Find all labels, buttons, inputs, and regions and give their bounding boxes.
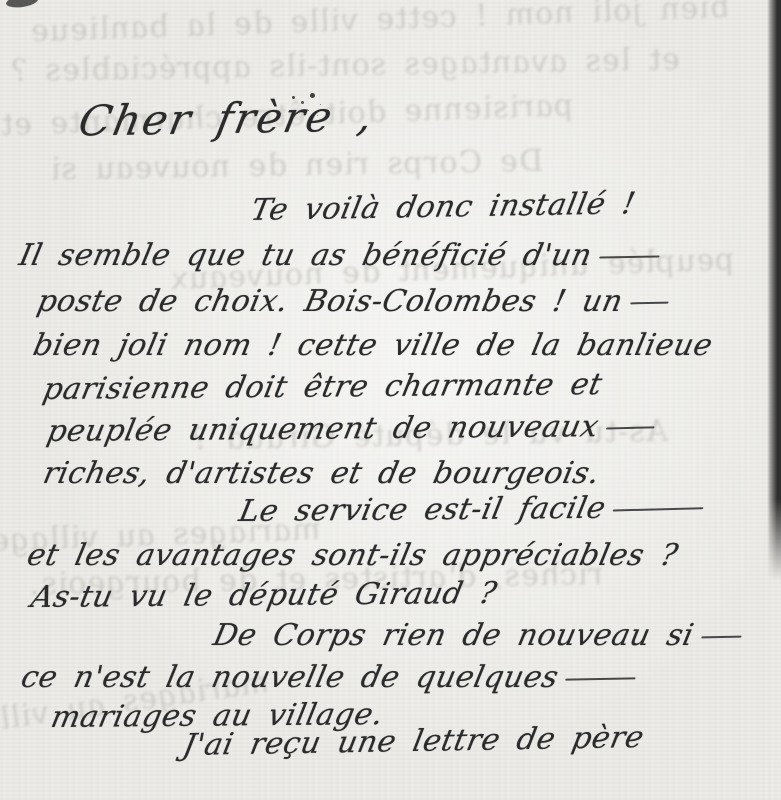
bleedthrough-ghost-line: bien joli nom ! cette ville de la banlie… bbox=[28, 0, 732, 49]
letter-salutation: Cher frère , bbox=[75, 91, 379, 145]
pen-flourish bbox=[613, 507, 704, 511]
handwritten-line: peuplée uniquement de nouveaux bbox=[44, 409, 658, 449]
bleedthrough-ghost-line: De Corps rien de nouveau si bbox=[47, 144, 546, 188]
handwritten-line: ce n'est la nouvelle de quelques bbox=[18, 660, 640, 695]
handwritten-line: Le service est-il facile bbox=[236, 490, 707, 529]
handwritten-line: et les avantages sont-ils appréciables ? bbox=[24, 538, 681, 573]
bleedthrough-ghost-line: et les avantages sont-ils appréciables ? bbox=[7, 42, 682, 89]
handwritten-line: De Corps rien de nouveau si bbox=[210, 618, 745, 653]
handwritten-line: parisienne doit être charmante et bbox=[40, 367, 605, 407]
handwritten-line: Il semble que tu as bénéficié d'un bbox=[16, 238, 663, 273]
pen-flourish bbox=[630, 302, 669, 305]
pen-flourish bbox=[606, 426, 655, 429]
handwritten-line: As-tu vu le député Giraud ? bbox=[28, 576, 500, 615]
handwritten-line: Te voilà donc installé ! bbox=[248, 186, 639, 228]
pen-flourish bbox=[599, 255, 660, 258]
letter-page: bien joli nom ! cette ville de la banlie… bbox=[0, 0, 781, 800]
handwritten-line: riches, d'artistes et de bourgeois. bbox=[40, 456, 603, 491]
handwritten-line: poste de choix. Bois-Colombes ! un bbox=[34, 284, 672, 319]
pen-flourish bbox=[701, 636, 742, 639]
pen-flourish bbox=[565, 677, 636, 680]
handwritten-line: J'ai reçu une lettre de père bbox=[180, 720, 647, 763]
scan-edge-shadow bbox=[767, 0, 781, 580]
handwritten-line: bien joli nom ! cette ville de la banlie… bbox=[30, 328, 716, 363]
ink-smudge bbox=[5, 0, 38, 9]
